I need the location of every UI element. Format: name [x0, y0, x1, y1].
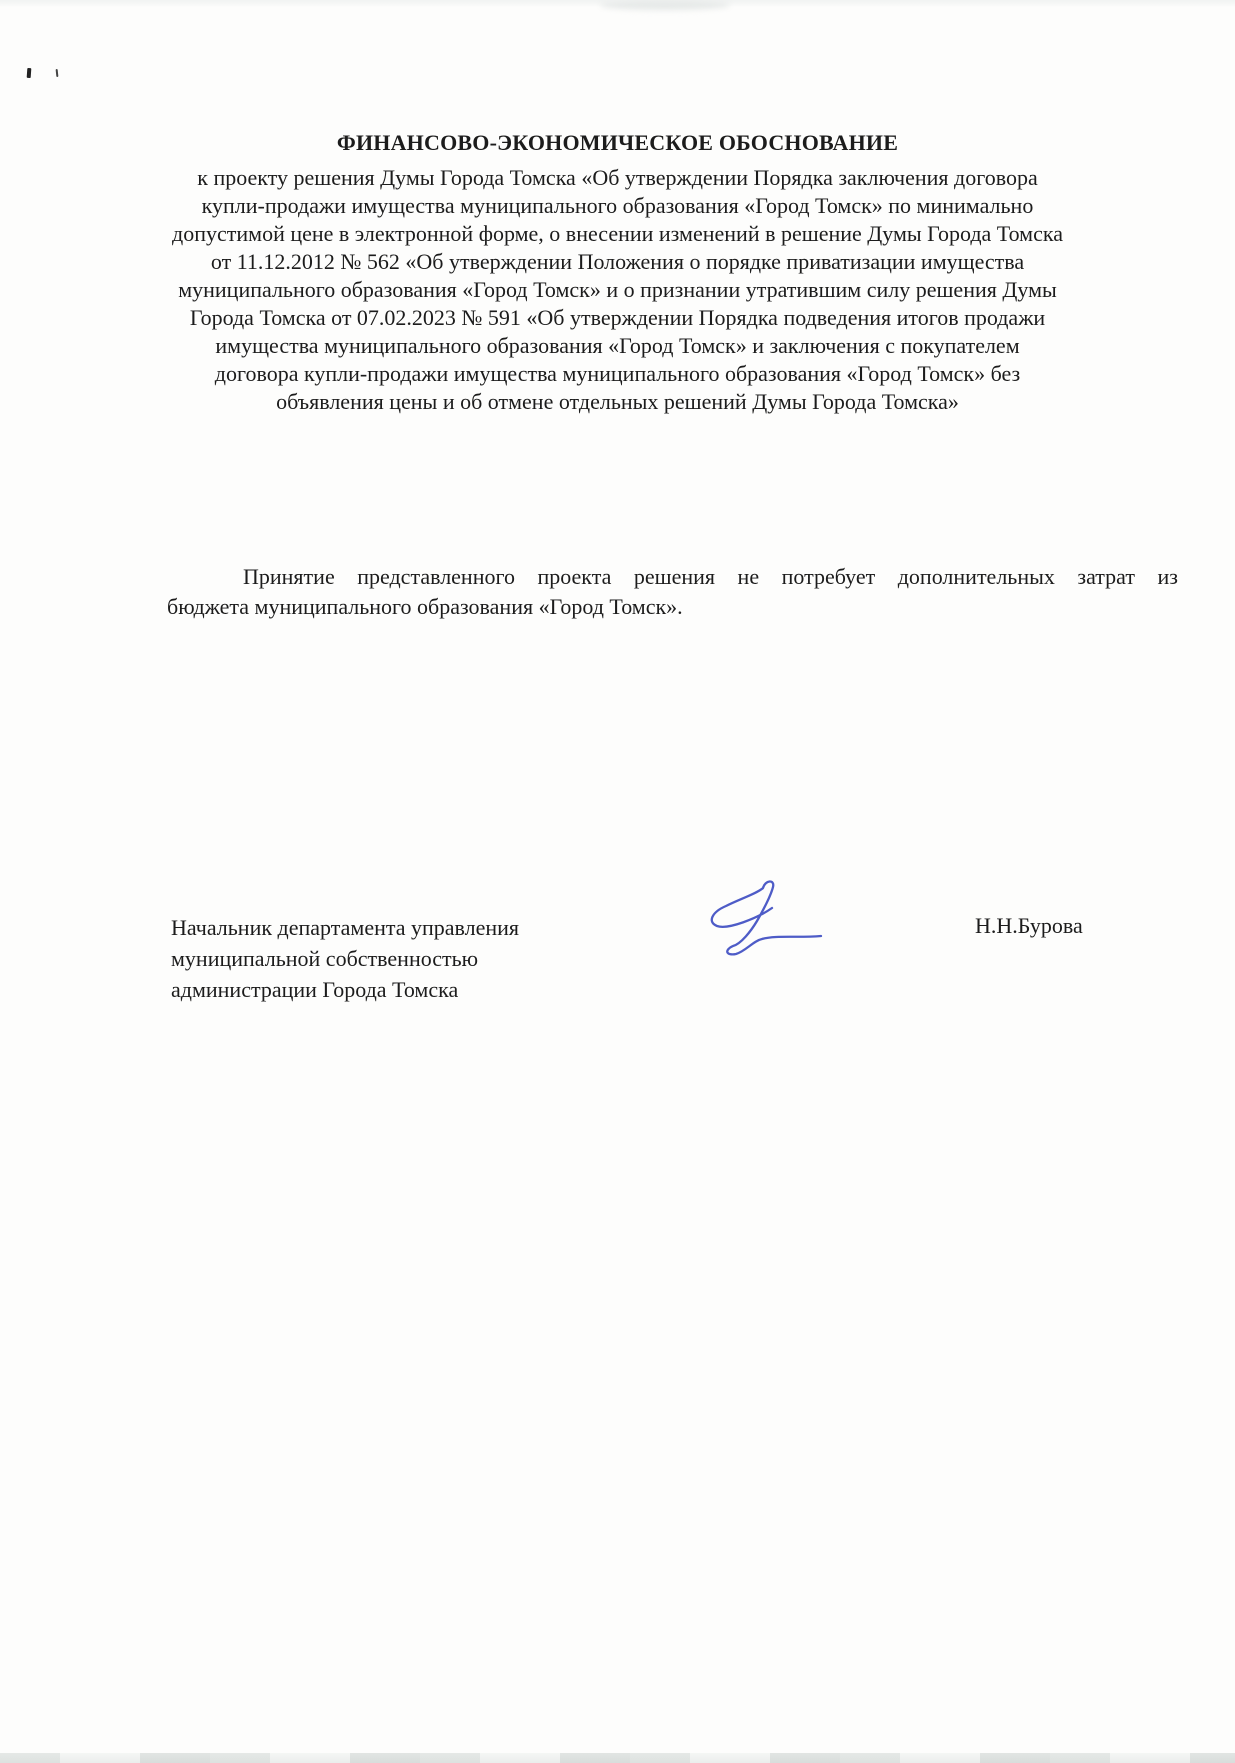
document-title: ФИНАНСОВО-ЭКОНОМИЧЕСКОЕ ОБОСНОВАНИЕ [0, 129, 1235, 157]
document-subtitle-line: купли-продажи имущества муниципального о… [0, 192, 1235, 220]
document-subtitle-line: муниципального образования «Город Томск»… [0, 276, 1235, 304]
document-subtitle-line: объявления цены и об отмене отдельных ре… [0, 388, 1235, 416]
signatory-name: Н.Н.Бурова [975, 912, 1083, 940]
scan-artifact-top-smudge [600, 0, 730, 10]
body-paragraph: Принятие представленного проекта решения… [167, 562, 1178, 622]
signatory-position-line: муниципальной собственностью [171, 943, 651, 974]
scan-artifact-speck [27, 68, 32, 78]
body-paragraph-line: бюджета муниципального образования «Горо… [167, 592, 1178, 622]
document-header: ФИНАНСОВО-ЭКОНОМИЧЕСКОЕ ОБОСНОВАНИЕ к пр… [0, 129, 1235, 416]
scan-artifact-speck [56, 69, 59, 77]
signatory-position-line: администрации Города Томска [171, 974, 651, 1005]
body-paragraph-line: Принятие представленного проекта решения… [167, 562, 1178, 592]
document-subtitle-line: допустимой цене в электронной форме, о в… [0, 220, 1235, 248]
handwritten-signature [706, 877, 830, 959]
signature-ink-icon [706, 877, 830, 959]
signatory-position: Начальник департамента управления муници… [171, 912, 651, 1005]
document-subtitle-line: от 11.12.2012 № 562 «Об утверждении Поло… [0, 248, 1235, 276]
document-subtitle-line: к проекту решения Думы Города Томска «Об… [0, 164, 1235, 192]
document-subtitle-line: Города Томска от 07.02.2023 № 591 «Об ут… [0, 304, 1235, 332]
document-subtitle-line: имущества муниципального образования «Го… [0, 332, 1235, 360]
signatory-position-line: Начальник департамента управления [171, 912, 651, 943]
document-subtitle-line: договора купли-продажи имущества муницип… [0, 360, 1235, 388]
scan-artifact-bottom-band [0, 1753, 1235, 1763]
scanned-document-page: ФИНАНСОВО-ЭКОНОМИЧЕСКОЕ ОБОСНОВАНИЕ к пр… [0, 0, 1235, 1763]
